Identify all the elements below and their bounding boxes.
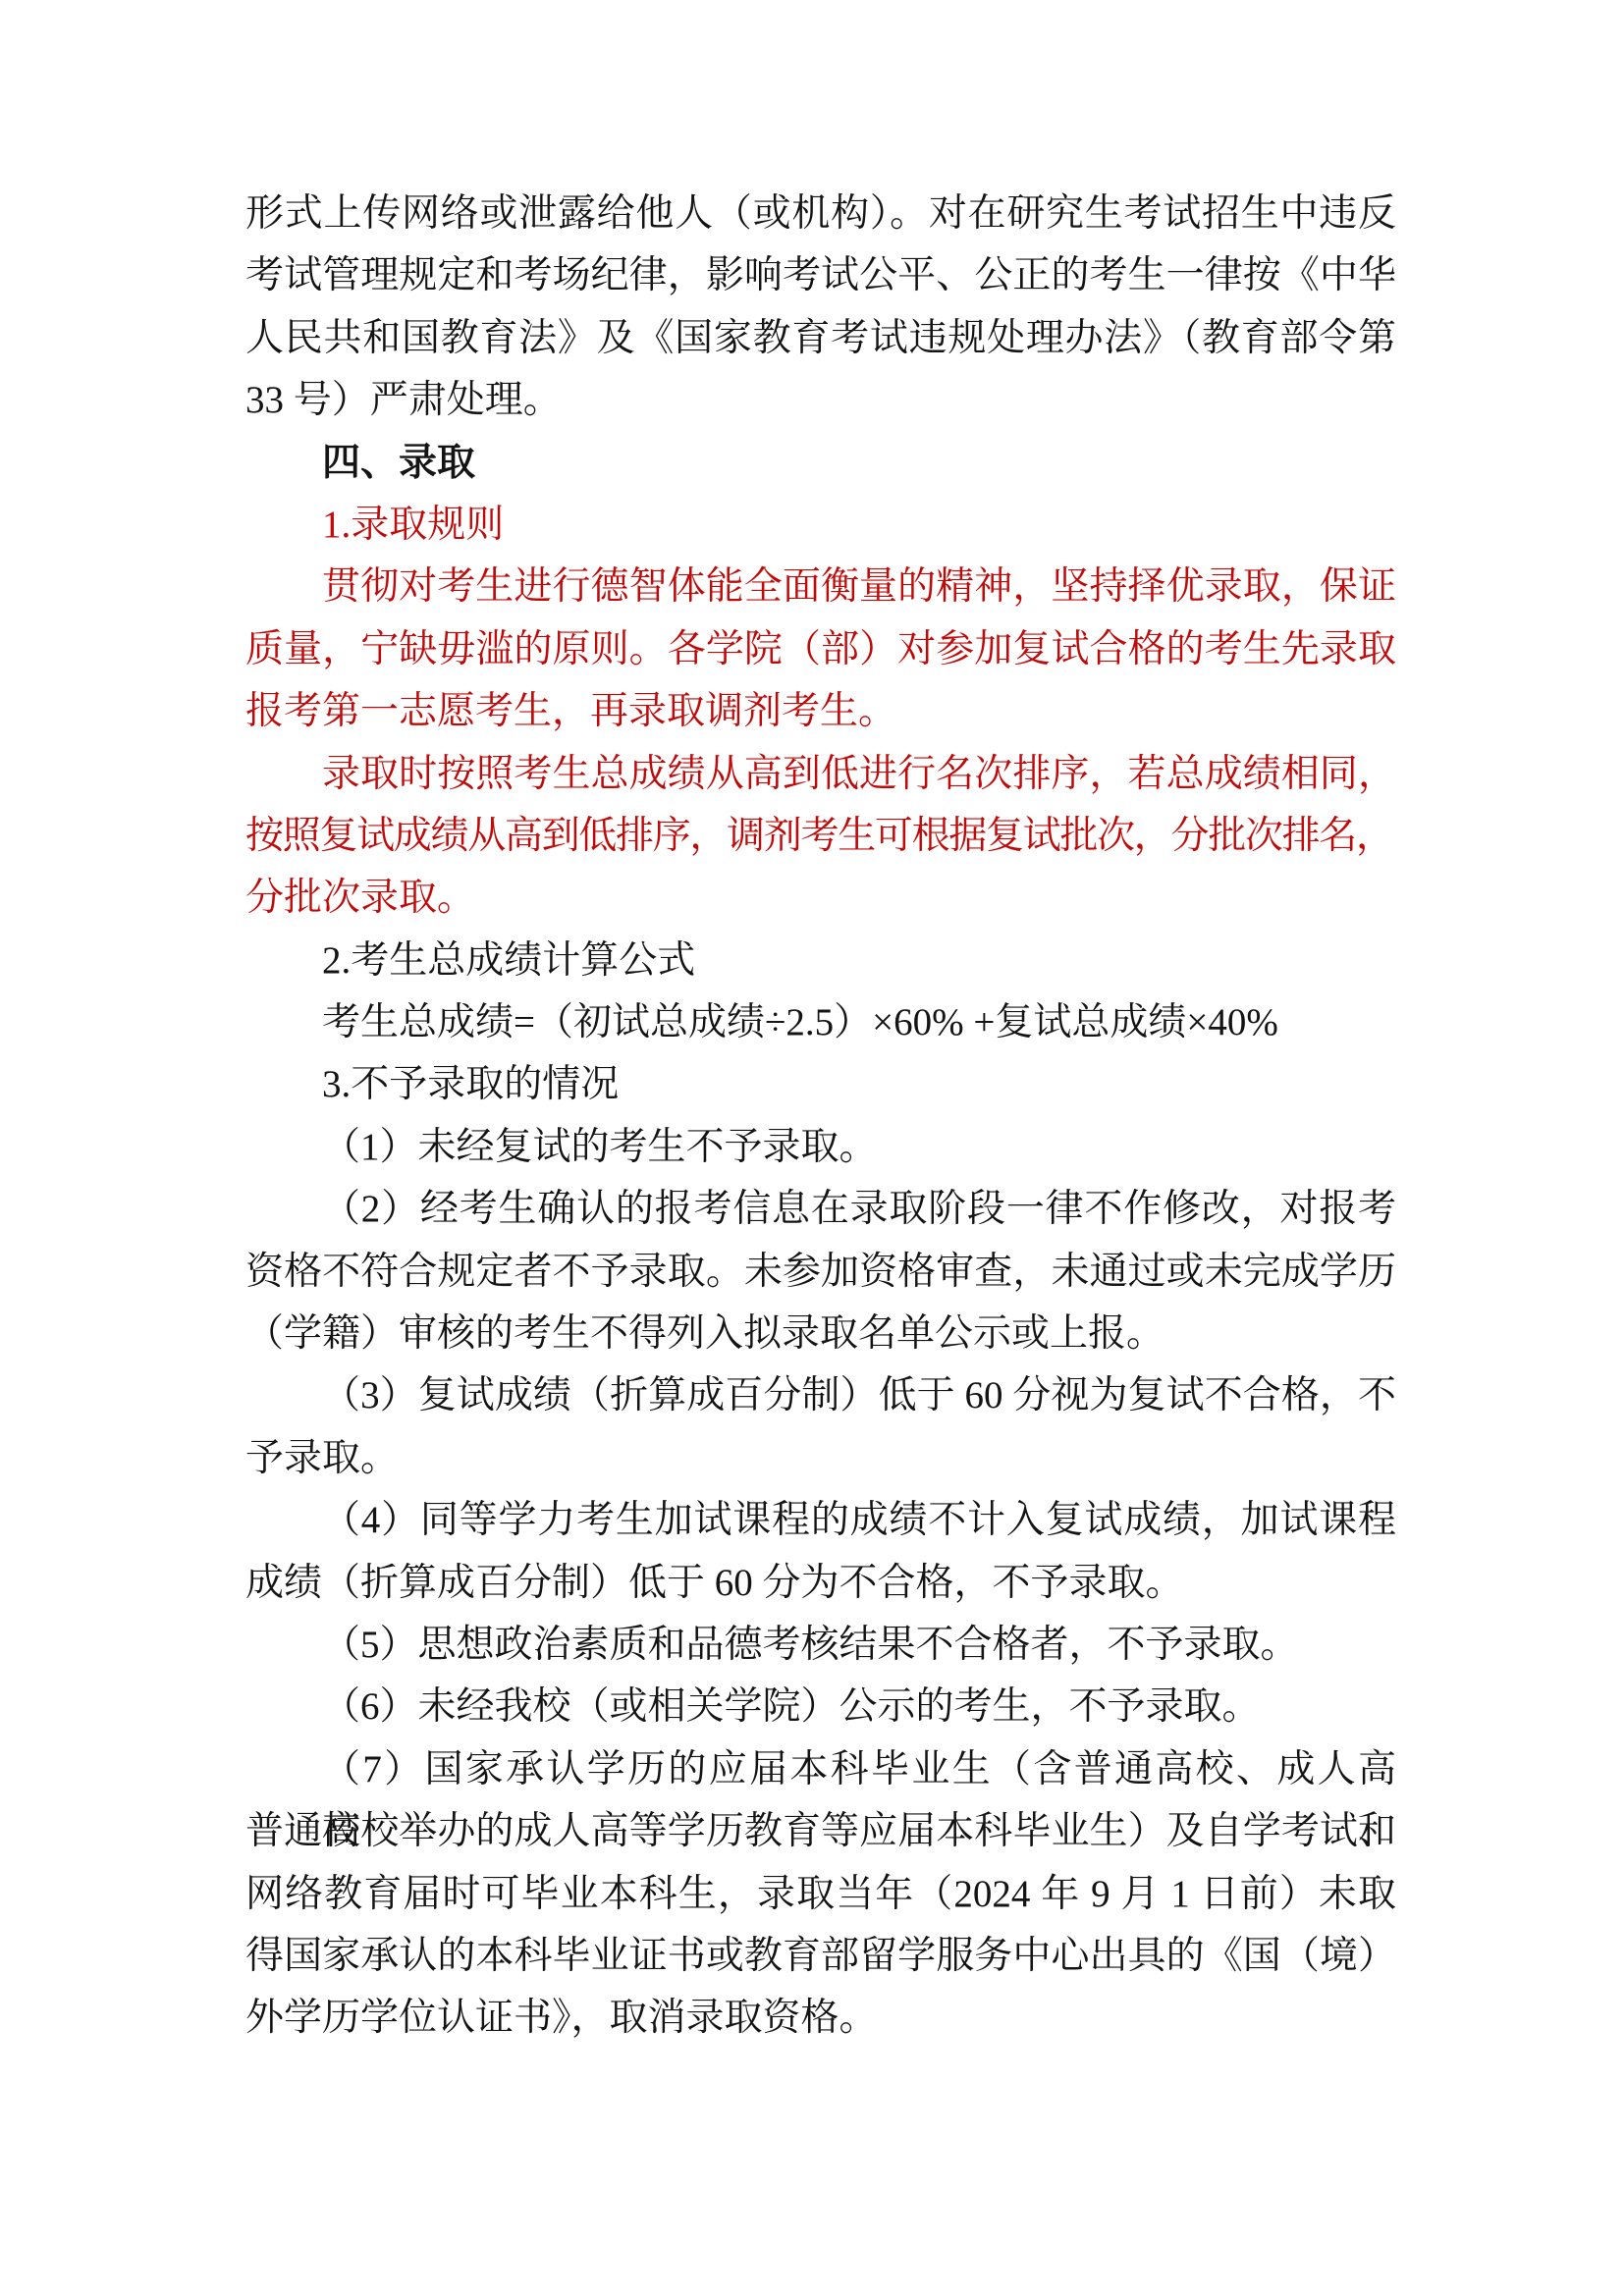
body-line: 考试管理规定和考场纪律，影响考试公平、公正的考生一律按《中华	[245, 244, 1396, 306]
rejection-item-2: 资格不符合规定者不予录取。未参加资格审查，未通过或未完成学历	[245, 1241, 1396, 1303]
section-heading-admission: 四、录取	[245, 432, 1396, 494]
body-line: 形式上传网络或泄露给他人（或机构）。对在研究生考试招生中违反	[245, 183, 1396, 244]
body-line: 33 号）严肃处理。	[245, 369, 1396, 431]
rejection-item-5: （5）思想政治素质和品德考核结果不合格者，不予录取。	[245, 1614, 1396, 1676]
formula-line: 考生总成绩=（初试总成绩÷2.5）×60% +复试总成绩×40%	[245, 991, 1396, 1053]
red-ranking-line: 录取时按照考生总成绩从高到低进行名次排序，若总成绩相同，	[245, 743, 1396, 805]
rejection-item-1: （1）未经复试的考生不予录取。	[245, 1116, 1396, 1178]
document-page: 形式上传网络或泄露给他人（或机构）。对在研究生考试招生中违反 考试管理规定和考场…	[0, 0, 1624, 2296]
subheading-score-formula: 2.考生总成绩计算公式	[245, 930, 1396, 991]
red-ranking-line: 分批次录取。	[245, 867, 1396, 929]
red-ranking-line: 按照复试成绩从高到低排序，调剂考生可根据复试批次，分批次排名，	[245, 805, 1396, 867]
rejection-item-3: 予录取。	[245, 1427, 1396, 1489]
rejection-item-7: 普通高校举办的成人高等学历教育等应届本科毕业生）及自学考试和	[245, 1800, 1396, 1862]
red-policy-line: 质量，宁缺毋滥的原则。各学院（部）对参加复试合格的考生先录取	[245, 618, 1396, 680]
subheading-rejection-cases: 3.不予录取的情况	[245, 1053, 1396, 1115]
rejection-item-6: （6）未经我校（或相关学院）公示的考生，不予录取。	[245, 1676, 1396, 1737]
rejection-item-7: 网络教育届时可毕业本科生，录取当年（2024 年 9 月 1 日前）未取	[245, 1863, 1396, 1925]
red-policy-line: 贯彻对考生进行德智体能全面衡量的精神，坚持择优录取，保证	[245, 556, 1396, 617]
rejection-item-4: 成绩（折算成百分制）低于 60 分为不合格，不予录取。	[245, 1552, 1396, 1614]
rejection-item-2: （2）经考生确认的报考信息在录取阶段一律不作修改，对报考	[245, 1178, 1396, 1240]
rejection-item-7: 外学历学位认证书》，取消录取资格。	[245, 1987, 1396, 2049]
rejection-item-7: （7）国家承认学历的应届本科毕业生（含普通高校、成人高校、	[245, 1738, 1396, 1800]
subheading-admission-rules: 1.录取规则	[245, 494, 1396, 556]
red-policy-line: 报考第一志愿考生，再录取调剂考生。	[245, 680, 1396, 742]
rejection-item-7: 得国家承认的本科毕业证书或教育部留学服务中心出具的《国（境）	[245, 1925, 1396, 1987]
rejection-item-4: （4）同等学力考生加试课程的成绩不计入复试成绩，加试课程	[245, 1489, 1396, 1551]
rejection-item-3: （3）复试成绩（折算成百分制）低于 60 分视为复试不合格，不	[245, 1364, 1396, 1426]
body-line: 人民共和国教育法》及《国家教育考试违规处理办法》（教育部令第	[245, 307, 1396, 369]
rejection-item-2: （学籍）审核的考生不得列入拟录取名单公示或上报。	[245, 1303, 1396, 1364]
document-text-block: 形式上传网络或泄露给他人（或机构）。对在研究生考试招生中违反 考试管理规定和考场…	[245, 183, 1396, 2050]
